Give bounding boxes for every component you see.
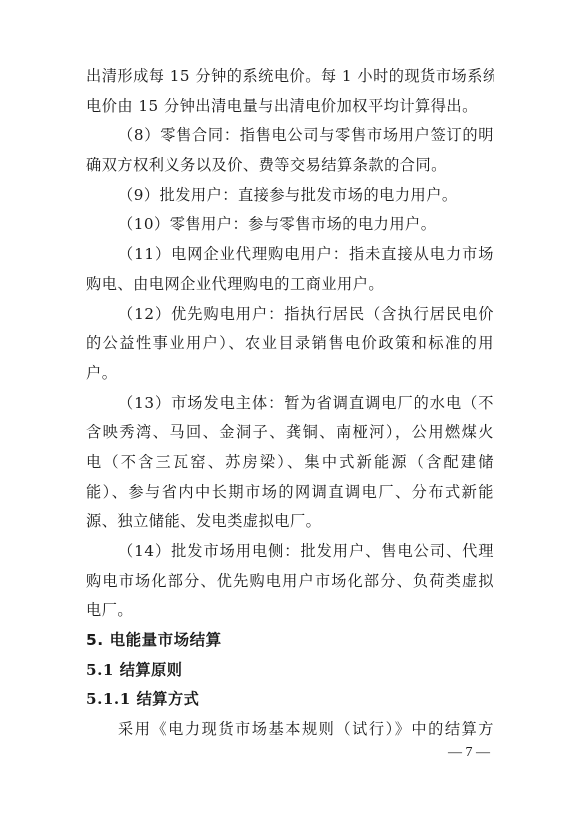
section-heading-5-1-1: 5.1.1 结算方式 [86,685,494,715]
text-line: 购电、由电网企业代理购电的工商业用户。 [86,270,494,300]
text-line: 电厂。 [86,596,494,626]
text-line: 出清形成每 15 分钟的系统电价。每 1 小时的现货市场系统 [86,62,494,92]
definition-11: （11）电网企业代理购电用户：指未直接从电力市场 [86,240,494,270]
text-line: 购电市场化部分、优先购电用户市场化部分、负荷类虚拟 [86,567,494,597]
text-line: 采用《电力现货市场基本规则（试行）》中的结算方 [86,715,494,745]
section-heading-5-1: 5.1 结算原则 [86,656,494,686]
text-line: 电（不含三瓦窑、苏房梁）、集中式新能源（含配建储 [86,448,494,478]
text-line: 电价由 15 分钟出清电量与出清电价加权平均计算得出。 [86,92,494,122]
definition-12: （12）优先购电用户：指执行居民（含执行居民电价 [86,300,494,330]
definition-10: （10）零售用户：参与零售市场的电力用户。 [86,210,494,240]
text-line: 确双方权利义务以及价、费等交易结算条款的合同。 [86,151,494,181]
text-line: 的公益性事业用户）、农业目录销售电价政策和标准的用 [86,329,494,359]
definition-8: （8）零售合同：指售电公司与零售市场用户签订的明 [86,121,494,151]
definition-9: （9）批发用户：直接参与批发市场的电力用户。 [86,181,494,211]
text-line: 户。 [86,359,494,389]
document-page: 出清形成每 15 分钟的系统电价。每 1 小时的现货市场系统 电价由 15 分钟… [86,62,494,745]
text-line: 能）、参与省内中长期市场的网调直调电厂、分布式新能 [86,478,494,508]
page-number: — 7 — [448,745,490,761]
definition-13: （13）市场发电主体：暂为省调直调电厂的水电（不 [86,389,494,419]
text-line: 源、独立储能、发电类虚拟电厂。 [86,507,494,537]
section-heading-5: 5. 电能量市场结算 [86,626,494,656]
text-line: 含映秀湾、马回、金洞子、龚铜、南桠河），公用燃煤火 [86,418,494,448]
definition-14: （14）批发市场用电侧：批发用户、售电公司、代理 [86,537,494,567]
